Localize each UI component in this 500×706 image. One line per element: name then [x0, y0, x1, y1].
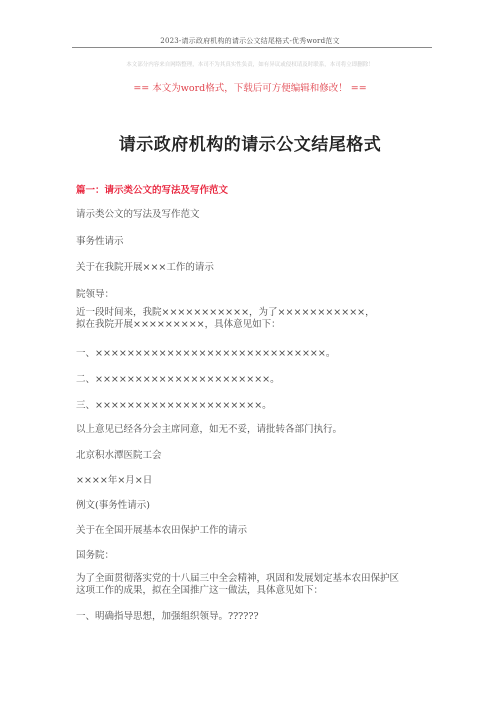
paragraph-example-label: 例文(事务性请示) [76, 500, 426, 512]
paragraph-salutation: 院领导： [76, 289, 426, 301]
paragraph-signature: 北京积水潭医院工会 [76, 450, 426, 462]
paragraph-type: 事务性请示 [76, 236, 426, 248]
paragraph-item-3: 三、×××××××××××××××××××××。 [76, 400, 426, 412]
paragraph-request-title: 关于在我院开展×××工作的请示 [76, 262, 426, 274]
paragraph-item-1: 一、×××××××××××××××××××××××××××××。 [76, 348, 426, 360]
paragraph-body: 近一段时间来，我院×××××××××××，为了×××××××××××， 拟在我院… [76, 307, 426, 331]
header-divider [72, 47, 432, 48]
paragraph-example-item-1: 一、明确指导思想，加强组织领导。?????? [76, 611, 426, 623]
section-heading: 篇一：请示类公文的写法及写作范文 [76, 182, 228, 196]
disclaimer-text: 本文部分内容来自网络整理，本司不为其真实性负责，如有异议或侵权请及时联系，本司将… [0, 60, 500, 68]
paragraph-example-body: 为了全面贯彻落实党的十八届三中全会精神，巩固和发展划定基本农田保护区 这项工作的… [76, 573, 426, 597]
document-title: 请示政府机构的请示公文结尾格式 [0, 130, 500, 155]
paragraph-subtitle: 请示类公文的写法及写作范文 [76, 209, 426, 221]
paragraph-example-title: 关于在全国开展基本农田保护工作的请示 [76, 525, 426, 537]
running-header: 2023-请示政府机构的请示公文结尾格式-优秀word范文 [0, 36, 500, 46]
paragraph-example-salutation: 国务院： [76, 550, 426, 562]
word-format-notice: == 本文为word格式，下载后可方便编辑和修改！ == [0, 80, 500, 94]
paragraph-date: ××××年×月×日 [76, 475, 426, 487]
paragraph-closing: 以上意见已经各分会主席同意，如无不妥，请批转各部门执行。 [76, 424, 426, 436]
document-page: 2023-请示政府机构的请示公文结尾格式-优秀word范文 本文部分内容来自网络… [0, 0, 500, 706]
paragraph-item-2: 二、××××××××××××××××××××××。 [76, 374, 426, 386]
